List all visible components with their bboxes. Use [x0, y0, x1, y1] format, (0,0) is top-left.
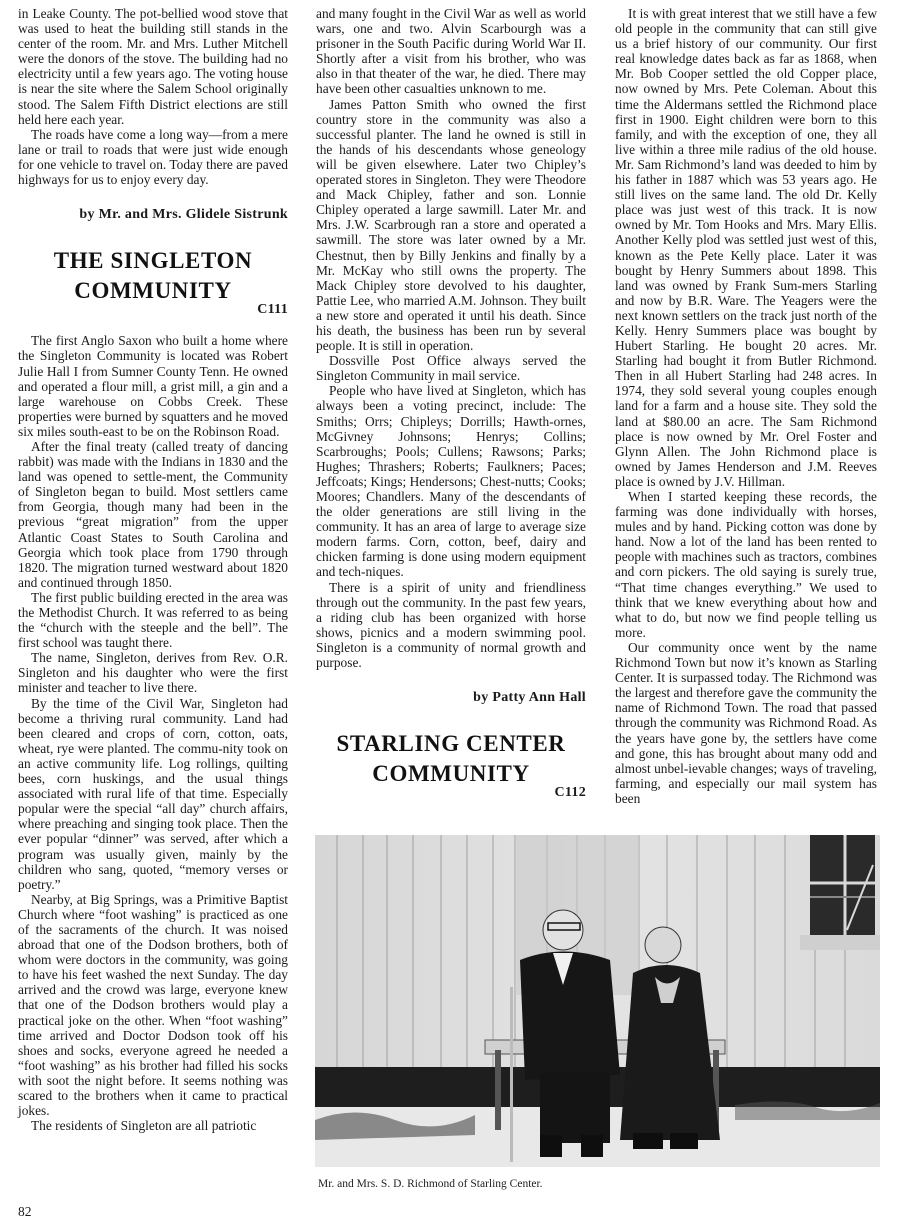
photo-illustration	[315, 835, 880, 1167]
paragraph: James Patton Smith who owned the first c…	[316, 97, 586, 354]
paragraph: The residents of Singleton are all patri…	[18, 1118, 288, 1133]
paragraph: The first Anglo Saxon who built a home w…	[18, 333, 288, 439]
photo-caption: Mr. and Mrs. S. D. Richmond of Starling …	[318, 1178, 543, 1190]
paragraph: There is a spirit of unity and friendlin…	[316, 580, 586, 671]
paragraph: The first public building erected in the…	[18, 590, 288, 650]
column-left: in Leake County. The pot-bellied wood st…	[18, 6, 288, 1133]
paragraph: Nearby, at Big Springs, was a Primitive …	[18, 892, 288, 1118]
article-title-singleton: THE SINGLETON COMMUNITY	[18, 246, 288, 306]
title-line: THE SINGLETON	[18, 246, 288, 276]
paragraph: It is with great interest that we still …	[615, 6, 877, 489]
byline: by Patty Ann Hall	[316, 690, 586, 705]
paragraph: Our community once went by the name Rich…	[615, 640, 877, 806]
paragraph: The roads have come a long way—from a me…	[18, 127, 288, 187]
paragraph: After the final treaty (called treaty of…	[18, 439, 288, 590]
paragraph: in Leake County. The pot-bellied wood st…	[18, 6, 288, 127]
paragraph: People who have lived at Singleton, whic…	[316, 383, 586, 579]
photo-richmond-couple	[315, 835, 880, 1167]
page-number: 82	[18, 1204, 32, 1220]
paragraph: When I started keeping these records, th…	[615, 489, 877, 640]
title-line: STARLING CENTER	[316, 729, 586, 759]
column-right: It is with great interest that we still …	[615, 6, 877, 806]
paragraph: Dossville Post Office always served the …	[316, 353, 586, 383]
article-title-starling: STARLING CENTER COMMUNITY	[316, 729, 586, 789]
paragraph: By the time of the Civil War, Singleton …	[18, 696, 288, 892]
paragraph: and many fought in the Civil War as well…	[316, 6, 586, 97]
byline: by Mr. and Mrs. Glidele Sistrunk	[18, 207, 288, 222]
paragraph: The name, Singleton, derives from Rev. O…	[18, 650, 288, 695]
column-middle: and many fought in the Civil War as well…	[316, 6, 586, 816]
